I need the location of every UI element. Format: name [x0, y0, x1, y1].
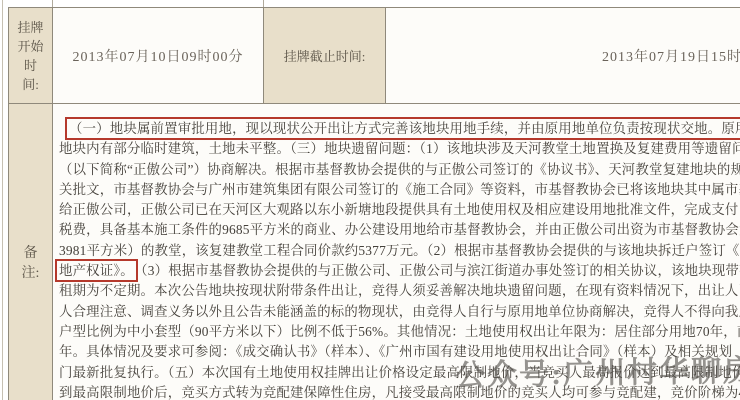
- listing-end-time-value-cell: 2013年07月19日15时: [385, 7, 740, 104]
- remark-line: 地产权证》。（3）根据市基督教协会提供的与正傲公司、正傲公司与滨江街道办事处签订…: [59, 261, 740, 281]
- annotation-box-first-line: （一）地块属前置审批用地，现以现状公开出让方式完善该地块用地手续，并由原用地单位…: [69, 121, 740, 136]
- listing-end-time-label: 挂牌截止时间:: [284, 46, 366, 65]
- land-listing-document: 挂牌 开始 时 间: 2013年07月10日09时00分 挂牌截止时间: 201…: [0, 0, 740, 400]
- remarks-label-cell: 备 注:: [8, 103, 53, 400]
- remark-line: 地块内有部分临时建筑，土地未平整。（三）地块遗留问题：（1）该地块涉及天河教堂土…: [59, 139, 740, 159]
- remark-line: 给正傲公司，正傲公司已在天河区大观路以东小新塘地段提供具有土地使用权及相应建设用…: [59, 200, 740, 220]
- listing-start-time-label-cell: 挂牌 开始 时 间:: [8, 7, 53, 104]
- remark-line: （以下简称“正傲公司”）协商解决。根据市基督教协会提供的与正傲公司签订的《协议书…: [59, 160, 740, 180]
- listing-start-time-value-cell: 2013年07月10日09时00分: [52, 7, 264, 104]
- remark-line: 人合理注意、调查义务以外且公告未能涵盖的标的物现状，由竞得人自行与原用地单位协商…: [59, 302, 740, 322]
- remark-line: 关批文，市基督教协会与广州市建筑集团有限公司签订的《施工合同》等资料，市基督教协…: [59, 180, 740, 200]
- cropped-border-line: [2, 0, 3, 400]
- cropped-column-divider: [52, 0, 53, 7]
- remark-line: （一）地块属前置审批用地，现以现状公开出让方式完善该地块用地手续，并由原用地单位…: [59, 119, 740, 139]
- cropped-column-divider: [263, 0, 264, 7]
- listing-end-time-label-cell: 挂牌截止时间:: [263, 7, 386, 104]
- label-line: 注:: [22, 264, 40, 284]
- label-line: 间:: [22, 75, 39, 94]
- listing-start-time-value: 2013年07月10日09时00分: [73, 46, 244, 66]
- remark-line: 税费，具备基本施工条件的9685平方米的商业、办公建设用地给市基督教协会，并由正…: [59, 220, 740, 240]
- remark-line-text: （3）根据市基督教协会提供的与正傲公司、正傲公司与滨江街道办事处签订的相关协议，…: [141, 263, 740, 278]
- label-line: 挂牌: [17, 18, 43, 37]
- watermark: 公众号:广州村华聊房: [455, 345, 740, 394]
- label-line: 时: [24, 56, 37, 75]
- label-line: 开始: [17, 37, 43, 56]
- remark-line: 户型比例为中小套型（90平方米以下）比例不低于56%。其他情况：土地使用权出让年…: [59, 322, 740, 342]
- annotation-box-property-cert: 地产权证》。: [59, 263, 134, 278]
- listing-end-time-value: 2013年07月19日15时: [386, 46, 740, 66]
- label-line: 备: [24, 244, 38, 264]
- remark-line: 3981平方米）的教堂，该复建教堂工程合同价款约5377万元。（2）根据市基督教…: [59, 241, 740, 261]
- remark-line: 租期为不定期。本次公告地块按现状附带条件出让，竞得人须妥善解决地块遗留问题，在现…: [59, 281, 740, 301]
